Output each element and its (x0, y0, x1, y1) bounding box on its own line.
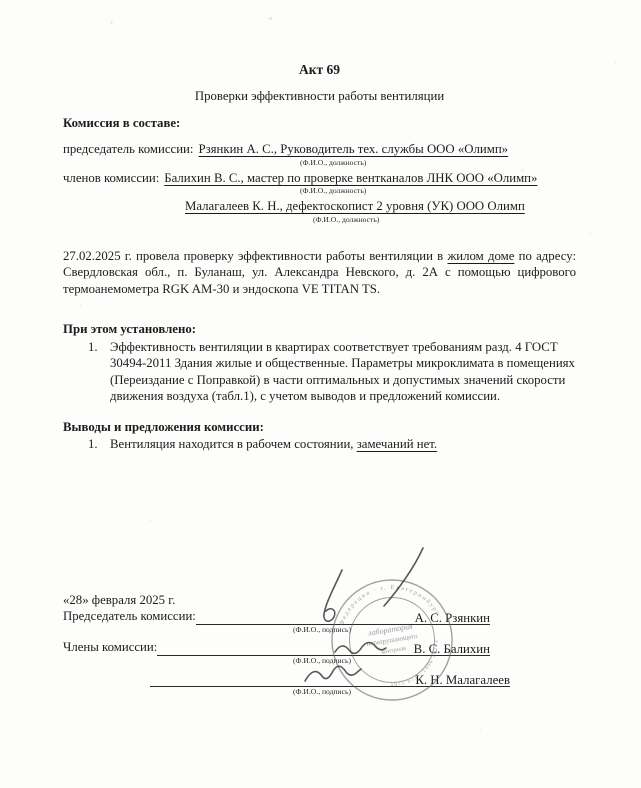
chairman-name: А. С. Рзянкин (415, 610, 490, 627)
signing-block: «28» февраля 2025 г. Председатель комисс… (63, 592, 576, 696)
fio-caption: (Ф.И.О., должность) (313, 215, 576, 224)
signing-date: «28» февраля 2025 г. (63, 592, 576, 609)
commission-heading: Комиссия в составе: (63, 115, 576, 132)
intro-prefix: 27.02.2025 г. провела проверку эффективн… (63, 249, 447, 263)
member2-signature-row: К. Н. Малагалеев (63, 672, 490, 687)
intro-paragraph: 27.02.2025 г. провела проверку эффективн… (63, 248, 576, 298)
commission-member2-row: Малагалеев К. Н., дефектоскопист 2 уровн… (185, 198, 576, 215)
member2-value: Малагалеев К. Н., дефектоскопист 2 уровн… (185, 199, 525, 213)
chairman-signature-row: Председатель комиссии: А. С. Рзянкин (63, 610, 490, 625)
fio-caption: (Ф.И.О., должность) (300, 186, 576, 195)
member2-signature-line: К. Н. Малагалеев (150, 671, 510, 687)
scanned-act-document: Акт 69 Проверки эффективности работы вен… (0, 0, 641, 788)
conclusions-heading: Выводы и предложения комиссии: (63, 419, 576, 436)
member1-signature-line: В. С. Балихин (157, 640, 490, 656)
document-title: Акт 69 (63, 0, 576, 78)
commission-chairman-row: председатель комиссии:Рзянкин А. С., Рук… (63, 141, 576, 158)
member1-value: Балихин В. С., мастер по проверке вентка… (164, 171, 537, 185)
conclusions-item-text: Вентиляция находится в рабочем состоянии… (110, 436, 576, 453)
findings-heading: При этом установлено: (63, 321, 576, 338)
members-label: членов комиссии: (63, 171, 159, 185)
fio-caption: (Ф.И.О., должность) (300, 158, 576, 167)
item-number: 1. (88, 339, 110, 405)
members-signing-label: Члены комиссии: (63, 639, 157, 656)
chairman-label: председатель комиссии: (63, 142, 193, 156)
member2-name: К. Н. Малагалеев (415, 672, 510, 689)
member1-signature-row: Члены комиссии: В. С. Балихин (63, 641, 490, 656)
findings-item-1: 1. Эффективность вентиляции в квартирах … (88, 339, 576, 405)
chairman-value: Рзянкин А. С., Руководитель тех. службы … (198, 142, 508, 156)
chairman-signature-line: А. С. Рзянкин (196, 609, 490, 625)
conclusions-underlined: замечаний нет. (357, 437, 437, 451)
commission-member1-row: членов комиссии:Балихин В. С., мастер по… (63, 170, 576, 187)
intro-underlined-building-type: жилом доме (447, 249, 514, 263)
member1-name: В. С. Балихин (414, 641, 490, 658)
chairman-signing-label: Председатель комиссии: (63, 608, 196, 625)
conclusions-text: Вентиляция находится в рабочем состоянии… (110, 437, 357, 451)
conclusions-item-1: 1. Вентиляция находится в рабочем состоя… (88, 436, 576, 453)
item-number: 1. (88, 436, 110, 453)
findings-item-text: Эффективность вентиляции в квартирах соо… (110, 339, 576, 405)
document-body: Акт 69 Проверки эффективности работы вен… (63, 0, 576, 453)
document-subtitle: Проверки эффективности работы вентиляции (63, 88, 576, 105)
scan-speckles (0, 0, 1, 1)
